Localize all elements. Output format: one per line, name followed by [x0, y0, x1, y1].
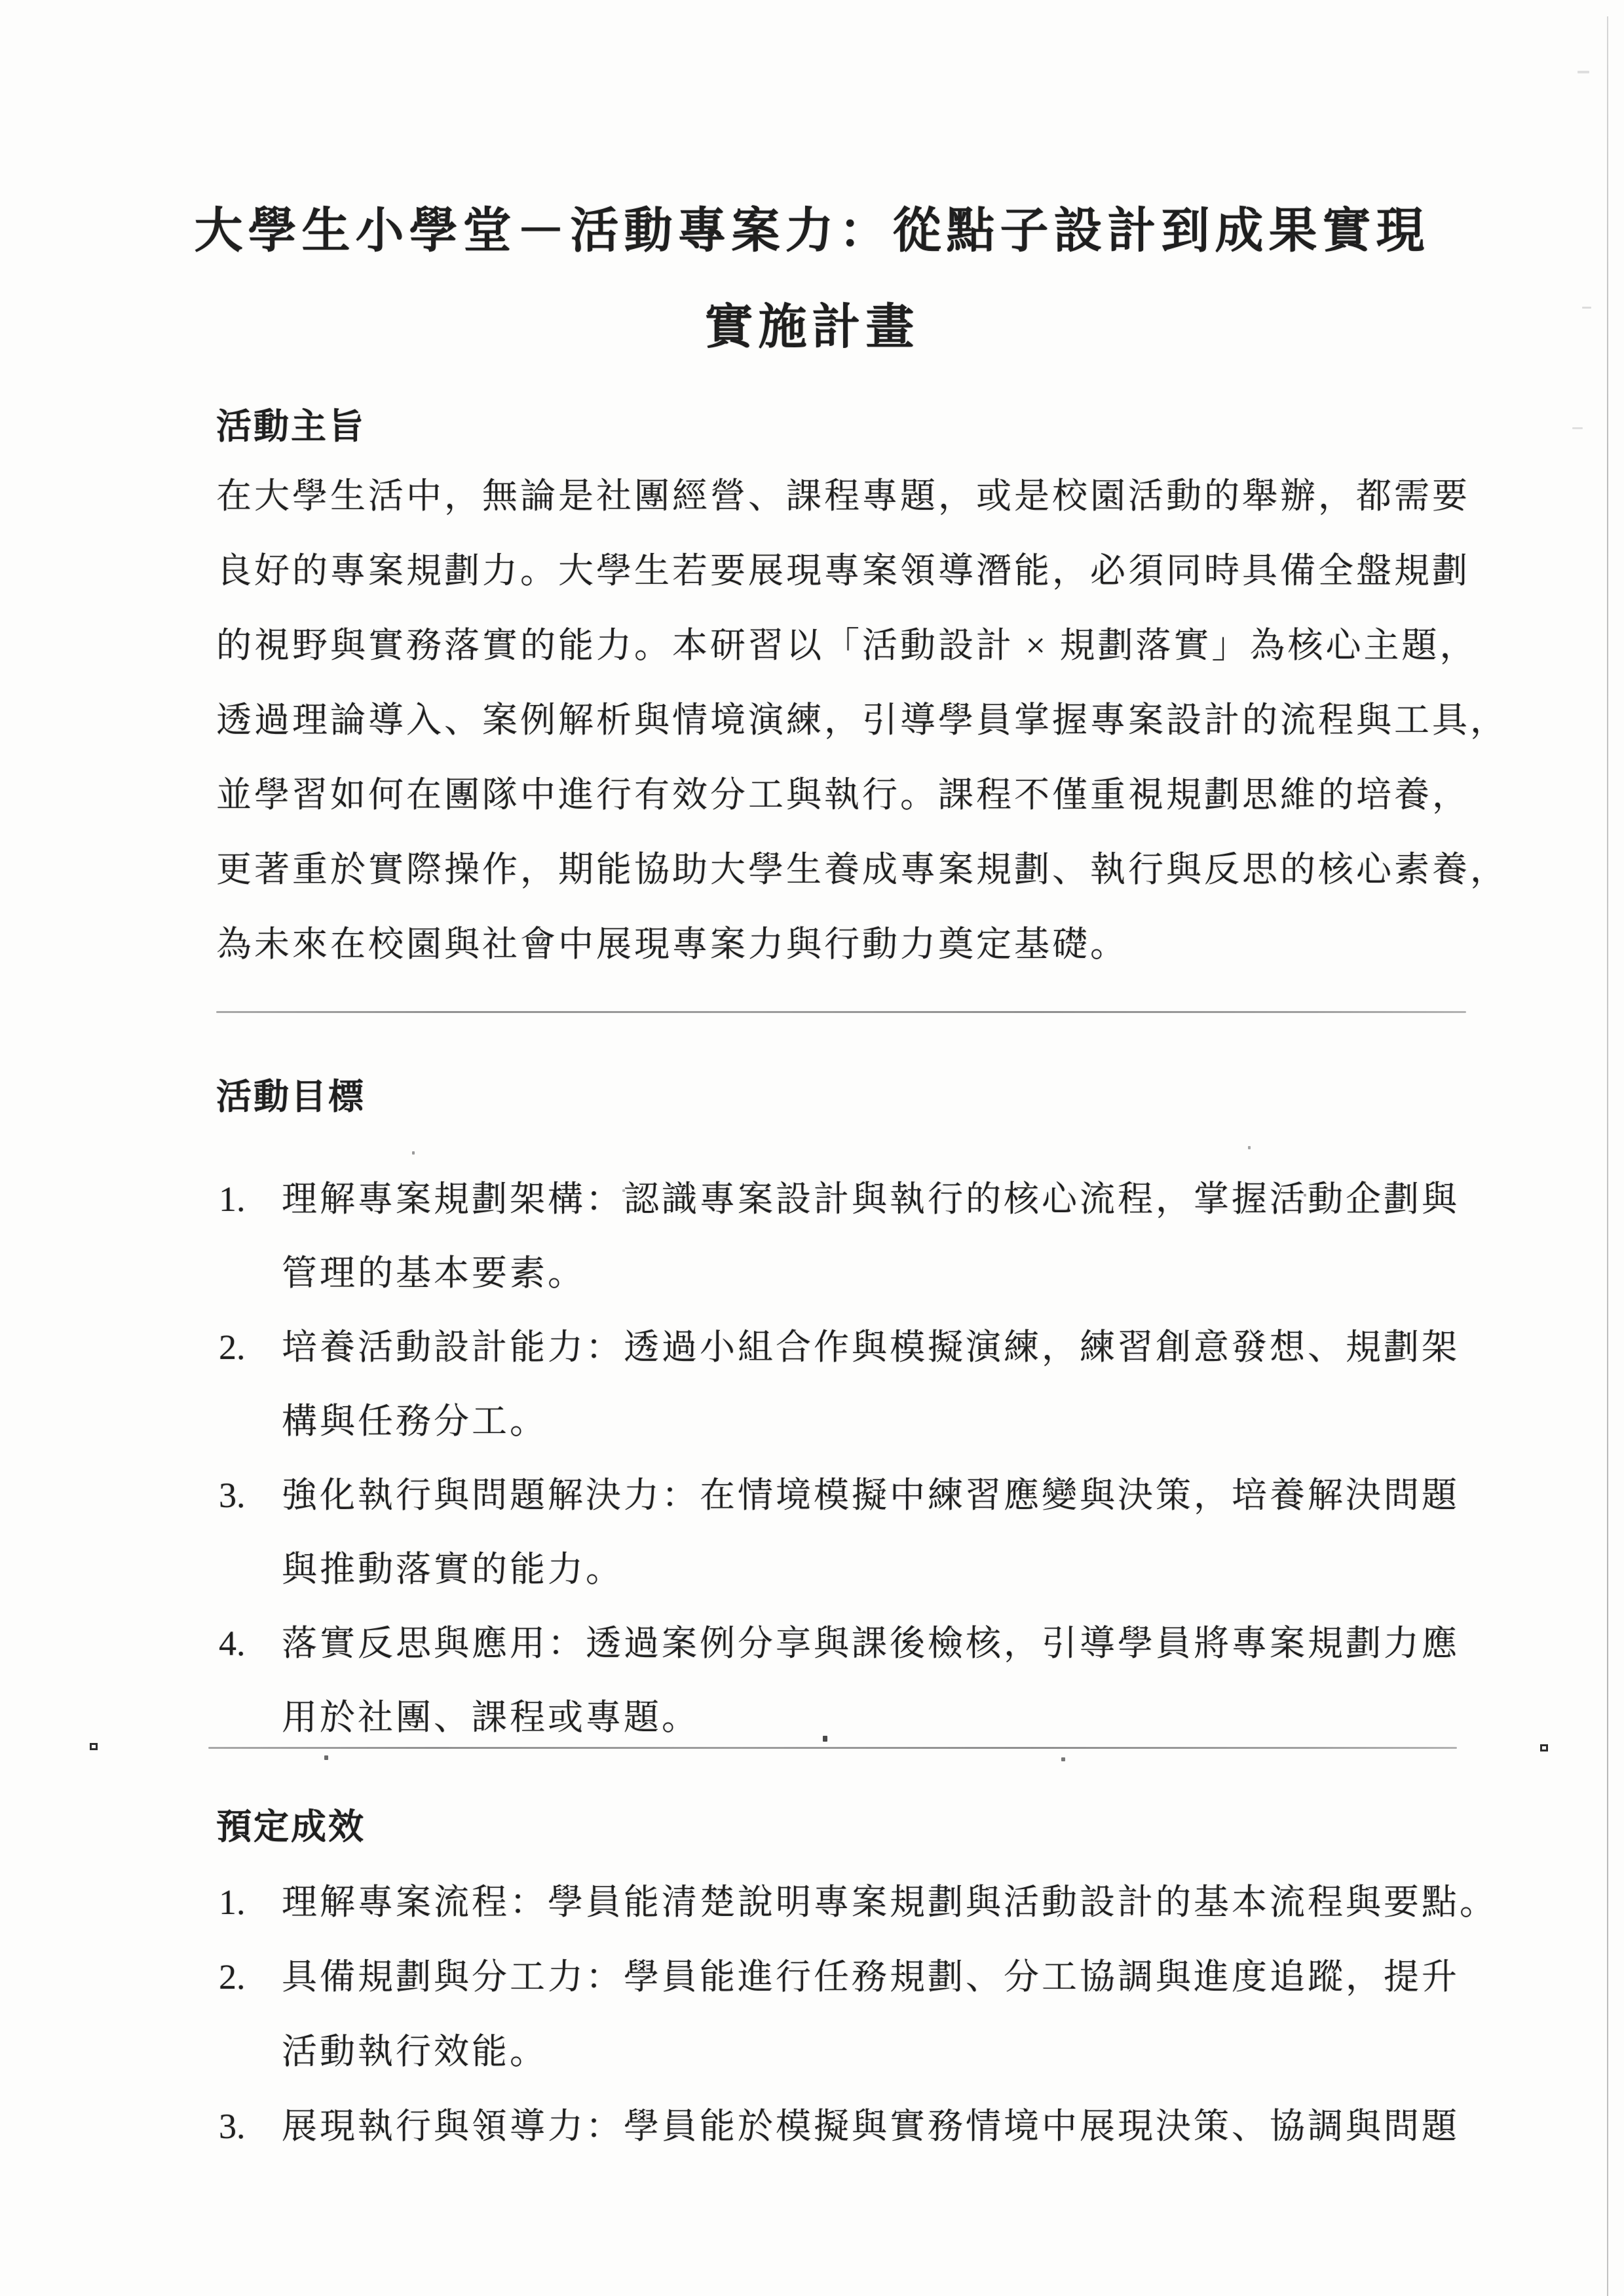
section-divider	[208, 1747, 1457, 1749]
list-item-continuation: 用於社團、課程或專題。	[282, 1689, 700, 1740]
section-heading-goals: 活動目標	[216, 1069, 366, 1119]
purpose-paragraph-line: 為未來在校園與社會中展現專案力與行動力奠定基礎。	[216, 916, 1128, 966]
list-item-text: 理解專案流程：學員能清楚說明專案規劃與活動設計的基本流程與要點。	[282, 1883, 1498, 1922]
scan-edge-artifact	[1607, 16, 1608, 2296]
scan-speck	[1582, 307, 1591, 309]
list-item-text: 落實反思與應用：透過案例分享與課後檢核，引導學員將專案規劃力應	[282, 1624, 1460, 1663]
list-item-text: 強化執行與問題解決力：在情境模擬中練習應變與決策，培養解決問題	[282, 1476, 1460, 1515]
list-item: 4.落實反思與應用：透過案例分享與課後檢核，引導學員將專案規劃力應	[219, 1615, 1460, 1666]
scan-speck	[1540, 1744, 1548, 1751]
list-item-continuation: 活動執行效能。	[282, 2023, 548, 2074]
list-item-number: 2.	[219, 1327, 282, 1368]
list-item-continuation: 構與任務分工。	[282, 1393, 548, 1444]
purpose-paragraph-line: 透過理論導入、案例解析與情境演練，引導學員掌握專案設計的流程與工具，	[216, 692, 1508, 742]
list-item-number: 1.	[219, 1179, 282, 1219]
document-title-line-1: 大學生小學堂－活動專案力：從點子設計到成果實現	[0, 192, 1624, 261]
scan-speck	[324, 1755, 328, 1760]
scan-speck	[90, 1743, 98, 1750]
purpose-paragraph-line: 並學習如何在團隊中進行有效分工與執行。課程不僅重視規劃思維的培養，	[216, 767, 1470, 817]
section-heading-purpose: 活動主旨	[216, 398, 366, 449]
purpose-paragraph-line: 更著重於實際操作，期能協助大學生養成專案規劃、執行與反思的核心素養，	[216, 841, 1508, 892]
list-item-text: 具備規劃與分工力：學員能進行任務規劃、分工協調與進度追蹤，提升	[282, 1957, 1460, 1997]
scan-speck	[1577, 71, 1589, 73]
scan-speck	[622, 1189, 625, 1192]
list-item-number: 3.	[219, 1475, 282, 1516]
list-item-number: 2.	[219, 1957, 282, 1997]
list-item-number: 3.	[219, 2106, 282, 2147]
scan-speck	[823, 1736, 827, 1742]
purpose-paragraph-line: 在大學生活中，無論是社團經營、課程專題，或是校園活動的舉辦，都需要	[216, 468, 1470, 518]
list-item: 2.具備規劃與分工力：學員能進行任務規劃、分工協調與進度追蹤，提升	[219, 1949, 1460, 1999]
scan-speck	[1572, 427, 1583, 429]
list-item-number: 4.	[219, 1623, 282, 1664]
section-divider	[216, 1011, 1466, 1013]
scan-speck	[412, 1151, 415, 1155]
list-item-text: 展現執行與領導力：學員能於模擬與實務情境中展現決策、協調與問題	[282, 2107, 1460, 2146]
list-item-text: 培養活動設計能力：透過小組合作與模擬演練，練習創意發想、規劃架	[282, 1328, 1460, 1367]
scan-speck	[1061, 1757, 1065, 1761]
list-item: 1.理解專案規劃架構：認識專案設計與執行的核心流程，掌握活動企劃與	[219, 1171, 1460, 1221]
list-item: 3.展現執行與領導力：學員能於模擬與實務情境中展現決策、協調與問題	[219, 2098, 1460, 2149]
scan-speck	[1304, 1194, 1306, 1196]
scan-speck	[1248, 1146, 1251, 1149]
list-item-continuation: 管理的基本要素。	[282, 1245, 586, 1295]
list-item: 3.強化執行與問題解決力：在情境模擬中練習應變與決策，培養解決問題	[219, 1467, 1460, 1518]
purpose-paragraph-line: 良好的專案規劃力。大學生若要展現專案領導潛能，必須同時具備全盤規劃	[216, 543, 1470, 593]
scanned-document-page: 大學生小學堂－活動專案力：從點子設計到成果實現 實施計畫 活動主旨 在大學生活中…	[0, 0, 1624, 2296]
list-item-text: 理解專案規劃架構：認識專案設計與執行的核心流程，掌握活動企劃與	[282, 1179, 1460, 1219]
list-item: 1.理解專案流程：學員能清楚說明專案規劃與活動設計的基本流程與要點。	[219, 1874, 1498, 1924]
purpose-paragraph-line: 的視野與實務落實的能力。本研習以「活動設計 × 規劃落實」為核心主題，	[216, 617, 1477, 668]
document-title-line-2: 實施計畫	[0, 288, 1624, 358]
list-item-continuation: 與推動落實的能力。	[282, 1541, 624, 1592]
section-heading-outcomes: 預定成效	[216, 1799, 366, 1849]
list-item-number: 1.	[219, 1882, 282, 1923]
list-item: 2.培養活動設計能力：透過小組合作與模擬演練，練習創意發想、規劃架	[219, 1319, 1460, 1369]
